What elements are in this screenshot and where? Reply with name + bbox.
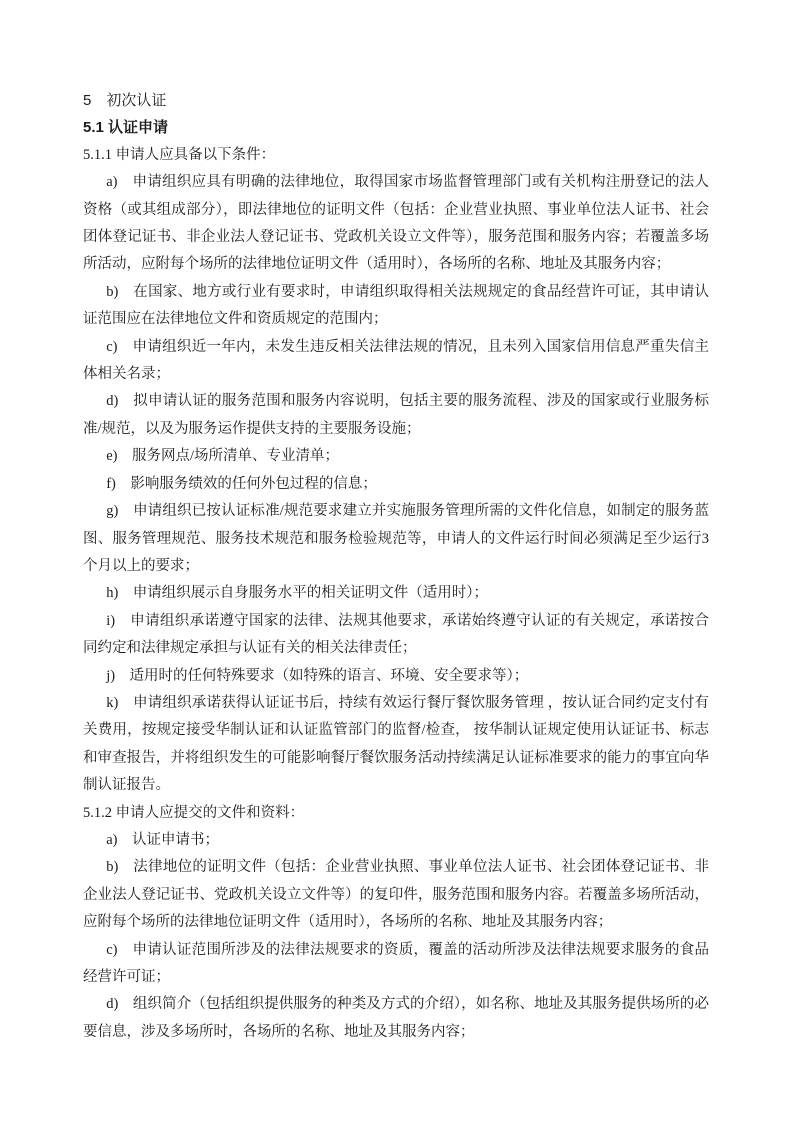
item-5-1-1-j: j) 适用时的任何特殊要求（如特殊的语言、环境、安全要求等）； — [83, 663, 709, 690]
item-5-1-1-e: e) 服务网点/场所清单、专业清单； — [83, 443, 709, 470]
item-5-1-2-a: a) 认证申请书； — [83, 827, 709, 854]
item-5-1-1-i: i) 申请组织承诺遵守国家的法律、法规其他要求，承诺始终遵守认证的有关规定，承诺… — [83, 608, 709, 663]
document-page: 5 初次认证 5.1 认证申请 5.1.1 申请人应具备以下条件： a) 申请组… — [0, 0, 793, 1122]
item-5-1-2-b: b) 法律地位的证明文件（包括：企业营业执照、事业单位法人证书、社会团体登记证书… — [83, 854, 709, 936]
subsection-heading: 5.1 认证申请 — [83, 114, 709, 141]
item-5-1-1-g: g) 申请组织已按认证标准/规范要求建立并实施服务管理所需的文件化信息，如制定的… — [83, 498, 709, 580]
clause-5-1-2: 5.1.2 申请人应提交的文件和资料： — [83, 800, 709, 827]
document-canvas: { "colors": { "background": "#ffffff", "… — [0, 0, 793, 1122]
item-5-1-2-d: d) 组织简介（包括组织提供服务的种类及方式的介绍），如名称、地址及其服务提供场… — [83, 991, 709, 1046]
section-heading: 5 初次认证 — [83, 87, 709, 114]
item-5-1-1-k: k) 申请组织承诺获得认证证书后，持续有效运行餐厅餐饮服务管理 ，按认证合同约定… — [83, 690, 709, 800]
item-5-1-1-h: h) 申请组织展示自身服务水平的相关证明文件（适用时）； — [83, 580, 709, 607]
item-5-1-1-a: a) 申请组织应具有明确的法律地位，取得国家市场监督管理部门或有关机构注册登记的… — [83, 169, 709, 279]
item-5-1-1-d: d) 拟申请认证的服务范围和服务内容说明，包括主要的服务流程、涉及的国家或行业服… — [83, 388, 709, 443]
item-5-1-2-c: c) 申请认证范围所涉及的法律法规要求的资质，覆盖的活动所涉及法律法规要求服务的… — [83, 937, 709, 992]
item-5-1-1-c: c) 申请组织近一年内，未发生违反相关法律法规的情况，且未列入国家信用信息严重失… — [83, 334, 709, 389]
item-5-1-1-f: f) 影响服务绩效的任何外包过程的信息； — [83, 471, 709, 498]
clause-5-1-1: 5.1.1 申请人应具备以下条件： — [83, 142, 709, 169]
item-5-1-1-b: b) 在国家、地方或行业有要求时，申请组织取得相关法规规定的食品经营许可证，其申… — [83, 279, 709, 334]
